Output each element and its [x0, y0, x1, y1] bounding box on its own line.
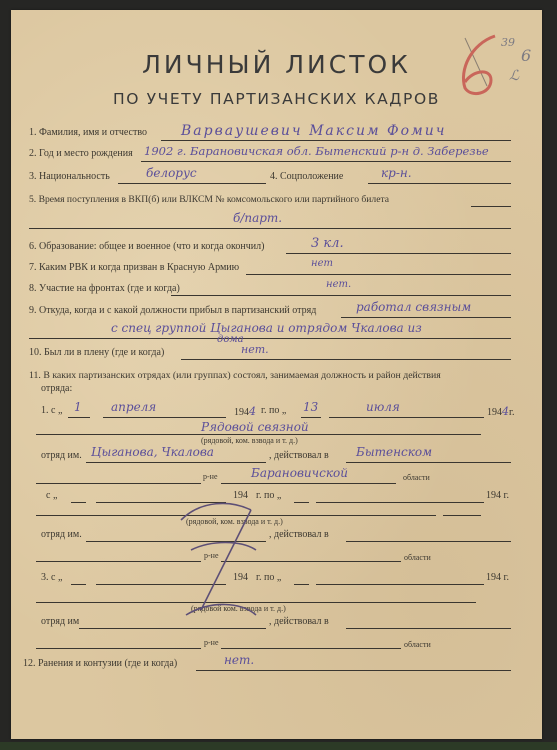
field-6-label: 6. Образование: общее и военное (что и к… — [29, 241, 264, 252]
field-5-label: 5. Время поступления в ВКП(б) или ВЛКСМ … — [29, 194, 389, 205]
field-1-value: Варваушевич Максим Фомич — [181, 123, 446, 139]
field-9-value-line2: с спец группой Цыганова и отрядом Чкалов… — [111, 321, 422, 335]
field-4-value: кр-н. — [381, 166, 412, 180]
entry-2-district-line — [346, 541, 511, 542]
field-9-line-b — [29, 338, 511, 339]
red-pencil-mark-icon — [451, 30, 501, 100]
entry-3-district-line — [346, 628, 511, 629]
field-10-label: 10. Был ли в плену (где и когда) — [29, 347, 164, 358]
entry-3-g-end: г. — [504, 572, 509, 583]
field-12-label: 12. Ранения и контузии (где и когда) — [23, 658, 177, 669]
entry-1-from-day-line — [68, 417, 90, 418]
entry-1-detachment-line — [86, 462, 266, 463]
field-5-line-b — [29, 228, 511, 229]
field-7-value: нет — [311, 258, 333, 269]
entry-3-region-label: области — [404, 640, 431, 649]
entry-2-from-day-line — [71, 502, 86, 503]
entry-2-year-end-value: 194 — [486, 490, 501, 501]
entry-1-from-month-line — [103, 417, 226, 418]
entry-2-g-end: г. — [504, 490, 509, 501]
field-5-value: б/парт. — [233, 211, 282, 225]
field-2-label: 2. Год и место рождения — [29, 148, 133, 159]
field-12-value: нет. — [224, 653, 254, 667]
field-8-value: нет. — [326, 279, 351, 290]
field-7-line — [246, 274, 511, 275]
field-11-label: 11. В каких партизанских отрядах (или гр… — [29, 370, 441, 381]
entry-3-detachment-label: отряд им — [41, 616, 79, 627]
entry-1-detachment-label: отряд им. — [41, 450, 82, 461]
entry-1-district-line — [346, 462, 511, 463]
document-page: ЛИЧНЫЙ ЛИСТОК ПО УЧЕТУ ПАРТИЗАНСКИХ КАДР… — [11, 10, 542, 739]
pencil-note-below: ℒ — [509, 68, 519, 84]
entry-1-position: Рядовой связной — [201, 420, 309, 434]
background-strip — [0, 742, 557, 750]
pencil-note-top: 39 — [501, 36, 515, 49]
entry-1-district: Бытенском — [356, 445, 432, 459]
entry-3-to-day-line — [294, 584, 309, 585]
entry-3-district-label: р-не — [204, 638, 219, 647]
entry-2-region-label: области — [404, 553, 431, 562]
field-10-line — [181, 359, 511, 360]
entry-1-detachment: Цыганова, Чкалова — [91, 445, 214, 459]
entry-1-region: Барановичской — [251, 466, 348, 480]
field-6-value: 3 кл. — [311, 236, 344, 251]
field-9-label: 9. Откуда, когда и с какой должности при… — [29, 305, 316, 316]
field-9-value-line1: работал связным — [356, 300, 471, 314]
field-10-value: нет. — [241, 343, 269, 356]
entry-1-to-day-line — [301, 417, 321, 418]
entry-1-to-label: г. по „ — [261, 405, 286, 416]
entry-1-to-year-suffix: 4 — [502, 405, 509, 418]
entry-1-district-label: р-не — [203, 472, 218, 481]
entry-3-year-end: 194 г. — [486, 572, 509, 583]
entry-1-to-month-line — [329, 417, 484, 418]
field-1-line — [161, 140, 511, 141]
field-1-label: 1. Фамилия, имя и отчество — [29, 127, 147, 138]
field-5-line-a — [471, 206, 511, 207]
entry-3-number: 3. с „ — [41, 572, 62, 583]
entry-3-region-line — [221, 648, 401, 649]
field-8-label: 8. Участие на фронтах (где и когда) — [29, 283, 180, 294]
field-2-value: 1902 г. Барановичская обл. Бытенский р-н… — [144, 144, 489, 158]
field-3-line — [118, 183, 266, 184]
entry-1-position-line — [36, 434, 481, 435]
field-4-line — [368, 183, 511, 184]
field-3-value: белорус — [146, 166, 197, 180]
field-3-label: 3. Национальность — [29, 171, 110, 182]
entry-1-from-year-suffix: 4 — [249, 405, 256, 418]
entry-1-from-year: 1944 — [234, 405, 256, 418]
entry-1-region-label: области — [403, 473, 430, 482]
entry-1-to-month: июля — [366, 400, 400, 414]
entry-1-to-year: 1944г. — [487, 405, 514, 418]
entry-1-acted-label: , действовал в — [269, 450, 329, 461]
entry-1-from-year-prefix: 194 — [234, 407, 249, 418]
entry-3-line-pre — [36, 648, 201, 649]
entry-1-number: 1. с „ — [41, 405, 62, 416]
entry-2-position-line-b — [443, 515, 481, 516]
entry-2-year-end: 194 г. — [486, 490, 509, 501]
entry-3-from-day-line — [71, 584, 86, 585]
field-2-line — [141, 161, 511, 162]
field-12-line — [196, 670, 511, 671]
entry-1-region-line — [221, 483, 396, 484]
field-11-label-cont: отряда: — [41, 383, 72, 394]
entry-1-to-year-prefix: 194 — [487, 407, 502, 418]
entry-2-number: с „ — [46, 490, 57, 501]
field-9-value-line3: дома — [217, 334, 244, 345]
field-9-line-a — [341, 317, 511, 318]
entry-1-from-day: 1 — [74, 400, 82, 414]
entry-1-from-month: апреля — [111, 400, 156, 414]
field-4-label: 4. Соцположение — [270, 171, 343, 182]
entry-1-to-day: 13 — [303, 400, 318, 414]
entry-1-year-end: г. — [509, 407, 514, 418]
field-8-line — [171, 295, 511, 296]
field-7-label: 7. Каким РВК и когда призван в Красную А… — [29, 262, 239, 273]
field-6-line — [286, 253, 511, 254]
entry-3-to-month-line — [316, 584, 484, 585]
entry-1-line-pre — [36, 483, 201, 484]
entry-2-to-month-line — [316, 502, 484, 503]
entry-1-position-hint: (рядовой, ком. взвода и т. д.) — [201, 436, 298, 445]
entry-2-detachment-label: отряд им. — [41, 529, 82, 540]
entry-2-to-day-line — [294, 502, 309, 503]
entry-3-year-end-value: 194 — [486, 572, 501, 583]
pencil-note-right: 6 — [521, 46, 531, 65]
strike-through-mark-icon — [161, 490, 281, 630]
